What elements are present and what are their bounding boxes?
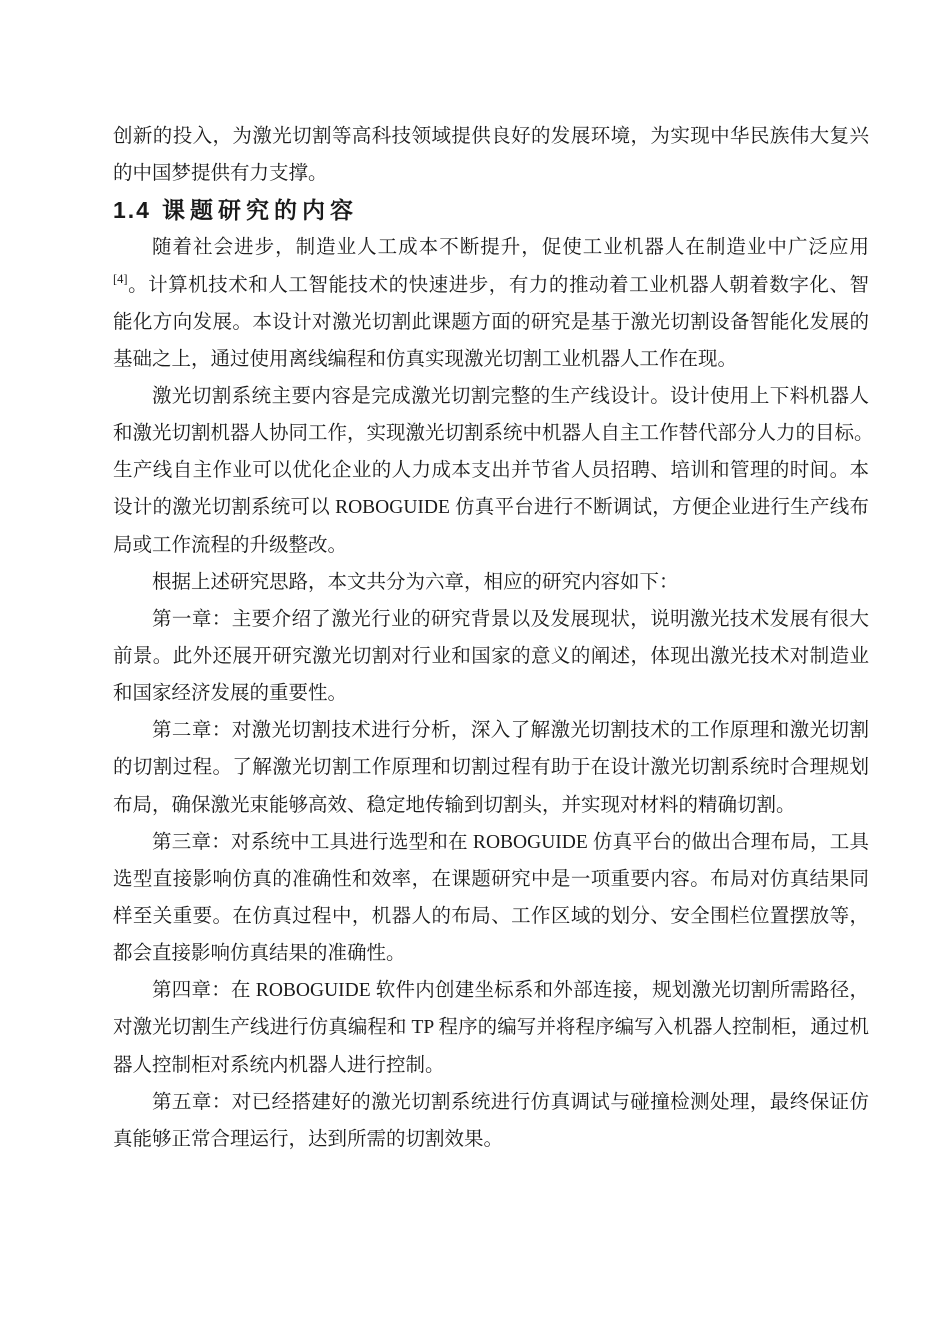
text-line: 都会直接影响仿真结果的准确性。 — [113, 935, 869, 972]
text-line: 根据上述研究思路，本文共分为六章，相应的研究内容如下： — [113, 564, 869, 601]
paragraph: 第二章：对激光切割技术进行分析，深入了解激光切割技术的工作原理和激光切割的切割过… — [113, 712, 869, 823]
text-line: [4]。计算机技术和人工智能技术的快速进步，有力的推动着工业机器人朝着数字化、智 — [113, 267, 869, 304]
document-page: 创新的投入，为激光切割等高科技领域提供良好的发展环境，为实现中华民族伟大复兴的中… — [0, 0, 950, 1344]
text-line: 的切割过程。了解激光切割工作原理和切割过程有助于在设计激光切割系统时合理规划 — [113, 749, 869, 786]
text-line: 布局，确保激光束能够高效、稳定地传输到切割头，并实现对材料的精确切割。 — [113, 787, 869, 824]
paragraph: 激光切割系统主要内容是完成激光切割完整的生产线设计。设计使用上下料机器人和激光切… — [113, 378, 869, 564]
text-line: 第二章：对激光切割技术进行分析，深入了解激光切割技术的工作原理和激光切割 — [113, 712, 869, 749]
paragraph: 随着社会进步，制造业人工成本不断提升，促使工业机器人在制造业中广泛应用[4]。计… — [113, 229, 869, 378]
citation-superscript: [4] — [113, 272, 128, 286]
section-number: 1.4 — [113, 197, 151, 223]
paragraph: 创新的投入，为激光切割等高科技领域提供良好的发展环境，为实现中华民族伟大复兴的中… — [113, 118, 869, 192]
text-line: 能化方向发展。本设计对激光切割此课题方面的研究是基于激光切割设备智能化发展的 — [113, 304, 869, 341]
paragraph: 第四章：在 ROBOGUIDE 软件内创建坐标系和外部连接，规划激光切割所需路径… — [113, 972, 869, 1083]
text-line: 第一章：主要介绍了激光行业的研究背景以及发展现状，说明激光技术发展有很大 — [113, 601, 869, 638]
text-line: 样至关重要。在仿真过程中，机器人的布局、工作区域的划分、安全围栏位置摆放等， — [113, 898, 869, 935]
text-line: 创新的投入，为激光切割等高科技领域提供良好的发展环境，为实现中华民族伟大复兴 — [113, 118, 869, 155]
text-line: 选型直接影响仿真的准确性和效率，在课题研究中是一项重要内容。布局对仿真结果同 — [113, 861, 869, 898]
text-line: 第四章：在 ROBOGUIDE 软件内创建坐标系和外部连接，规划激光切割所需路径… — [113, 972, 869, 1009]
document-content: 创新的投入，为激光切割等高科技领域提供良好的发展环境，为实现中华民族伟大复兴的中… — [113, 118, 869, 1158]
text-line: 真能够正常合理运行，达到所需的切割效果。 — [113, 1121, 869, 1158]
text-line: 第五章：对已经搭建好的激光切割系统进行仿真调试与碰撞检测处理，最终保证仿 — [113, 1084, 869, 1121]
text-line: 器人控制柜对系统内机器人进行控制。 — [113, 1047, 869, 1084]
text-line: 第三章：对系统中工具进行选型和在 ROBOGUIDE 仿真平台的做出合理布局，工… — [113, 824, 869, 861]
paragraph: 第五章：对已经搭建好的激光切割系统进行仿真调试与碰撞检测处理，最终保证仿真能够正… — [113, 1084, 869, 1158]
paragraph: 第三章：对系统中工具进行选型和在 ROBOGUIDE 仿真平台的做出合理布局，工… — [113, 824, 869, 973]
text-line: 的中国梦提供有力支撑。 — [113, 155, 869, 192]
text-line: 基础之上，通过使用离线编程和仿真实现激光切割工业机器人工作在现。 — [113, 341, 869, 378]
section-heading: 1.4课题研究的内容 — [113, 192, 869, 229]
text-line: 和国家经济发展的重要性。 — [113, 675, 869, 712]
paragraph: 第一章：主要介绍了激光行业的研究背景以及发展现状，说明激光技术发展有很大前景。此… — [113, 601, 869, 712]
text-line: 生产线自主作业可以优化企业的人力成本支出并节省人员招聘、培训和管理的时间。本 — [113, 452, 869, 489]
section-title: 课题研究的内容 — [162, 197, 358, 223]
text-line: 前景。此外还展开研究激光切割对行业和国家的意义的阐述，体现出激光技术对制造业 — [113, 638, 869, 675]
paragraph: 根据上述研究思路，本文共分为六章，相应的研究内容如下： — [113, 564, 869, 601]
text-line: 对激光切割生产线进行仿真编程和 TP 程序的编写并将程序编写入机器人控制柜，通过… — [113, 1009, 869, 1046]
text-line: 随着社会进步，制造业人工成本不断提升，促使工业机器人在制造业中广泛应用 — [113, 229, 869, 266]
text-line: 设计的激光切割系统可以 ROBOGUIDE 仿真平台进行不断调试，方便企业进行生… — [113, 489, 869, 526]
text-line: 激光切割系统主要内容是完成激光切割完整的生产线设计。设计使用上下料机器人 — [113, 378, 869, 415]
text-line: 和激光切割机器人协同工作，实现激光切割系统中机器人自主工作替代部分人力的目标。 — [113, 415, 869, 452]
text-line: 局或工作流程的升级整改。 — [113, 527, 869, 564]
